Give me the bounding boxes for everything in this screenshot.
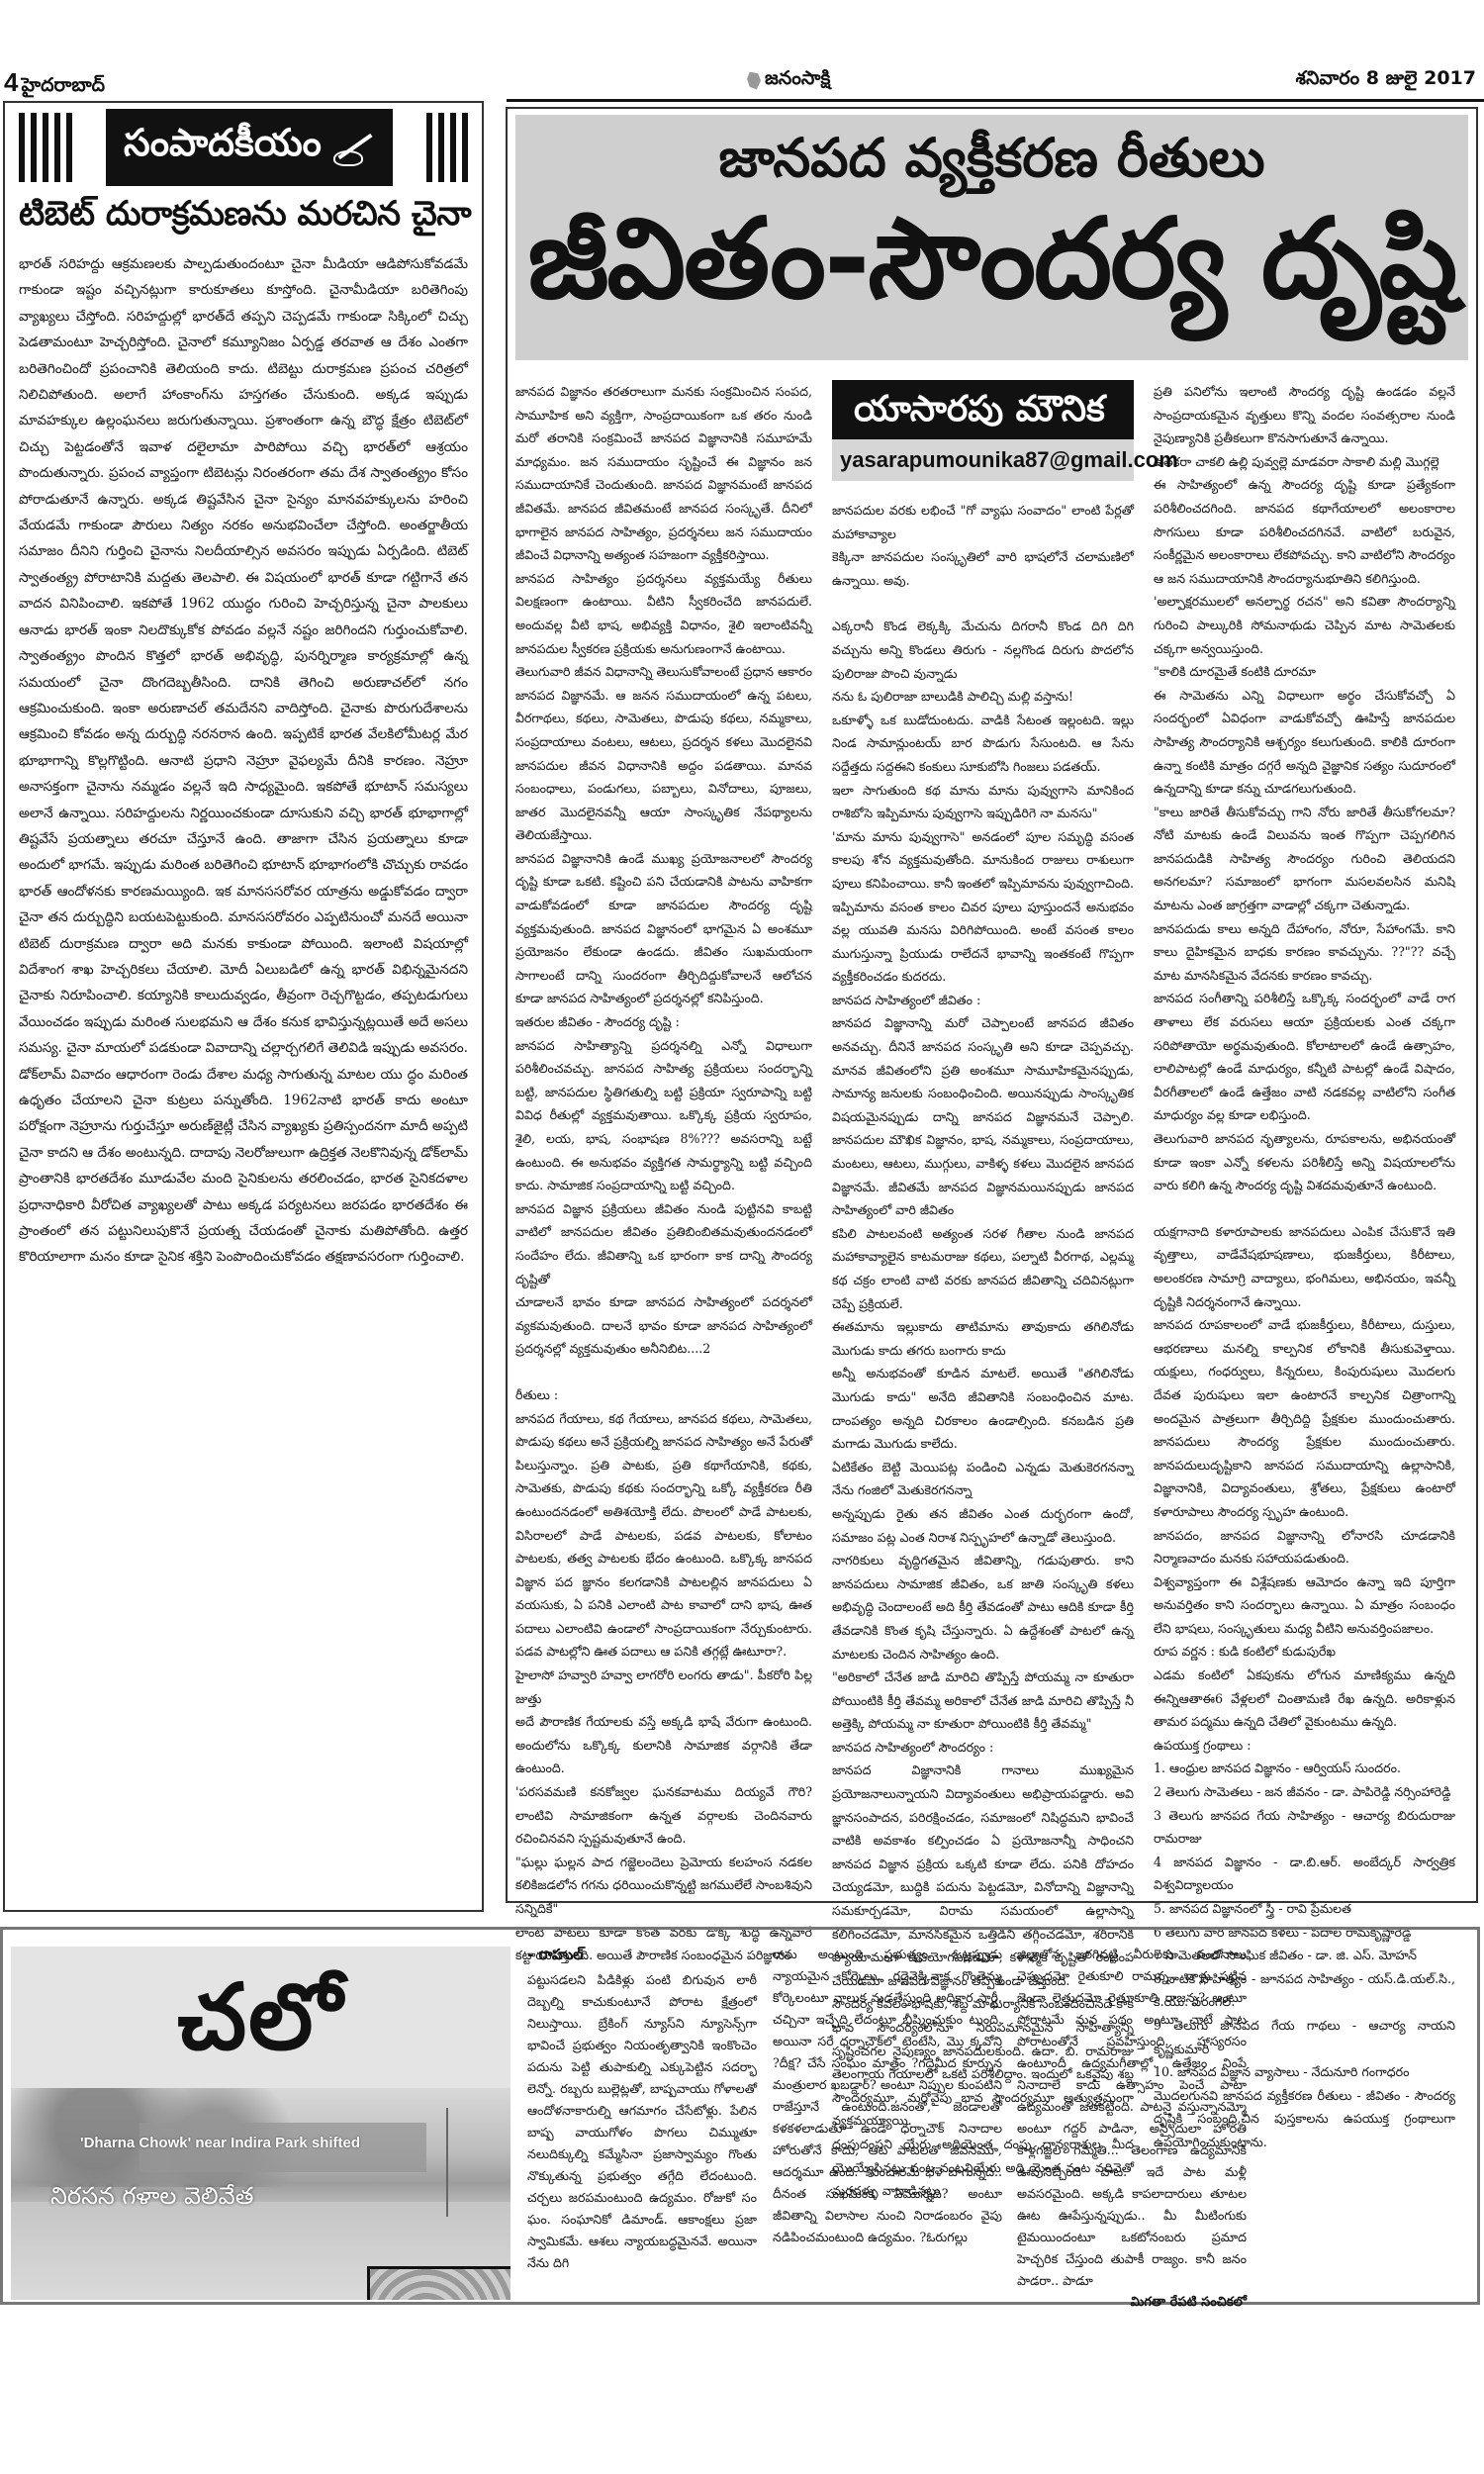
paragraph: ఇలా సాగుతుంది కథ మాను మాను పువ్వుగాసె మా… (832, 779, 1134, 825)
paragraph: 'అల్పాక్షరములలో అనల్పార్థ రచన" అని కవితా… (1154, 590, 1455, 660)
paragraph: తెలుగువారి జానపద నృత్యాలను, రూపకాలను, అభ… (1154, 1127, 1455, 1197)
paragraph: విశ్వవ్యాప్తంగా ఈ విశ్లేషణకు ఆమోదం ఉన్నా… (1154, 1570, 1455, 1641)
paragraph: యక్షగానాది కళారూపాలకు జానపదులు ఎంపిక చేస… (1154, 1220, 1455, 1313)
subheading: రీతులు : (515, 1383, 812, 1407)
paragraph: ఈ సామెతను ఎన్ని విధాలుగా అర్థం చేసుకోవచ్… (1154, 684, 1455, 801)
quote: ఈతమాను ఇల్లుకాదు తాటిమాను తావుకాదు తగిలి… (832, 1315, 1134, 1362)
paragraph: కపిలి పాటలవంటి అత్యంత సరళ గీతాల నుండి జా… (832, 1222, 1134, 1315)
street-photo: 'Dharna Chowk' near Indira Park shifted … (11, 2088, 510, 2300)
newspaper-name: జనంసాక్షి (765, 67, 830, 94)
author-email[interactable]: yasarapumounika87@gmail.com (832, 439, 1134, 481)
protest-crowd-inset-photo (367, 2266, 510, 2300)
paragraph: జానపద విజ్ఞాన ప్రక్రియలు జీవితం నుండి పు… (515, 1197, 812, 1290)
pen-writing-icon (331, 131, 375, 164)
paragraph: అన్నీ అనుభవంతో కూడిన మాటలే. అయితే "తగిలి… (832, 1362, 1134, 1455)
subheading: ఇతరుల జీవితం - సౌందర్య దృష్టి : (515, 1010, 812, 1034)
quote: హైలాసో హవ్వారి హవ్వా లాగరోరి లంగరు తాడు"… (515, 1664, 812, 1710)
paragraph: అదే పౌరాణిక గేయాలకు వస్తే అక్కడి భాషే వే… (515, 1710, 812, 1780)
paragraph: ప్రతి పనిలోను ఇలాంటి సౌందర్య దృష్టి ఉండడ… (1154, 380, 1455, 450)
bottom-column-2: రాను అంటుంది ప్రభుత్వం. ఓట్లప్పుడు న్యాయ… (773, 1944, 1002, 2248)
paragraph: ఒకూళ్ళో ఒక బుడోదుంటదు. వాడికి సేటంత ఇల్ల… (832, 709, 1134, 779)
feature-article: జానపద వ్యక్తీకరణ రీతులు జీవితం-సౌందర్య ద… (506, 107, 1478, 1903)
banner-stripes-right (426, 109, 468, 186)
subheading: జానపద సాహిత్యంలో జీవితం : (832, 989, 1134, 1012)
subheading: జానపద సాహిత్యంలో సౌందర్యం : (832, 1736, 1134, 1760)
issue-date: శనివారం 8 జులై 2017 (1296, 67, 1476, 94)
paragraph: చూడాలనే భావం కూడా జానపద సాహిత్యంలో పదర్శ… (515, 1290, 812, 1361)
paragraph: "కాలు జారితే తీసుకోవచ్చు గాని నోరు జారిత… (1154, 801, 1455, 917)
feature-headline: జీవితం-సౌందర్య దృష్టి (515, 190, 1468, 329)
paragraph: జానపద సాహిత్యాన్ని ప్రదర్శనల్ని ఎన్నో వి… (515, 1034, 812, 1197)
quote: ఉతకరా చాకలి ఉల్లి పువ్వల్లె మాడవరా సాకాల… (1154, 450, 1455, 474)
quote: నను ఓ పులిరాజా బాలుడికి పాలిచ్చి మల్లి వ… (832, 685, 1134, 709)
bottom-column-1: - రాహుల్ పట్టుసడలని పిడికిళ్లు పంటి బిగు… (527, 1944, 757, 2274)
quote: ఎక్కరానీ కొండ లెక్కక్కి మేచును దిగరానీ క… (832, 615, 1134, 685)
paragraph: జానపదం, జానపద విజ్ఞానాన్ని లోనారసి చూడడా… (1154, 1524, 1455, 1570)
paragraph: జిల్లాలోన ఒరగినట్టి వీరులకు.. వందనాలు చె… (1017, 1944, 1247, 2292)
editorial-banner: సంపాదకీయం (19, 109, 468, 186)
reference-item: 2 తెలుగు సామెతలు - జన జీవనం - డా. పాపిరె… (1154, 1780, 1455, 1804)
paragraph: జానపద విజ్ఞానానికి ఉండే ముఖ్య ప్రయోజనాలల… (515, 847, 812, 1010)
paragraph: పట్టుసడలని పిడికిళ్లు పంటి బిగువున లాఠీ … (527, 1969, 757, 2274)
photo-caption-english: 'Dharna Chowk' near Indira Park shifted (80, 2135, 360, 2151)
paragraph: కెక్కినా జానపదుల సంస్కృతిలో వారి భాషలోనే… (832, 545, 1134, 592)
reference-item: 5. జానపద విజ్ఞానంలో స్త్రీ - రావి ప్రేమల… (1154, 1897, 1455, 1921)
header-rule (507, 99, 1484, 102)
continued-note: మిగతా రేపటి సంచికలో (1017, 2292, 1247, 2314)
reference-item: 4 జానపద విజ్ఞానం - డా.బి.ఆర్. అంబేద్కర్ … (1154, 1851, 1455, 1897)
paragraph: జానపద గేయాలు, కథ గేయాలు, జానపద కథలు, సామ… (515, 1407, 812, 1665)
bottom-headline: చలో హైదరాబాద్ (11, 1947, 510, 2088)
bottom-article: చలో హైదరాబాద్ 'Dharna Chowk' near Indira… (0, 1927, 1480, 2305)
reference-item: 1. ఆంధ్రుల జానపద విజ్ఞానం - ఆర్వియస్ సుం… (1154, 1757, 1455, 1780)
paragraph: రాను అంటుంది ప్రభుత్వం. ఓట్లప్పుడు న్యాయ… (773, 1944, 1002, 2248)
page-number: 4 (4, 67, 18, 97)
paragraph: నాగరికులు వృద్ధిగతమైన జీవితాన్ని, గడుపుత… (832, 1549, 1134, 1665)
editorial-body: భారత్ సరిహద్దు ఆక్రమణలకు పాల్పడుతుందంటూ … (19, 251, 468, 1271)
bottom-author: - రాహుల్ (527, 1944, 757, 1965)
quote: "అరికాలో చేనేత జాడి మారిచి తొప్పిస్తే పో… (832, 1665, 1134, 1736)
newspaper-logo: జనంసాక్షి (747, 67, 830, 94)
paragraph: తెలుగువారి జీవన విధానాన్ని తెలుసుకోవాలంట… (515, 660, 812, 847)
banner-stripes-left (19, 109, 72, 186)
subheading: రూప వర్ణన : కుడి కంటిలో కుడుపురేఖ (1154, 1640, 1455, 1664)
paragraph: జానపద విజ్ఞానం తరతరాలుగా మనకు సంక్రమించి… (515, 380, 812, 567)
editorial-label: సంపాదకీయం (124, 121, 322, 174)
quote: "కాలికి దూరమైతే కంటికి దూరమా (1154, 660, 1455, 684)
feature-kicker: జానపద వ్యక్తీకరణ రీతులు (515, 127, 1468, 190)
masthead: 4హైదరాబాద్ జనంసాక్షి శనివారం 8 జులై 2017 (0, 59, 1484, 99)
paragraph: 'మాను మాను పువ్వుగాసె" అనడంలో పూల సమృద్ధ… (832, 825, 1134, 989)
author-name: యాసారపు మౌనిక (832, 380, 1134, 439)
quote: ఏటికేతం బెట్టి మెయిపట్ల పండించి ఎన్నడు మ… (832, 1456, 1134, 1502)
editorial-article: సంపాదకీయం టిబెట్ దురాక్రమణను మరచిన చైనా … (3, 101, 484, 1912)
quote: 'పరసవమణి కనకోజ్వల ఘనకవాటము దియ్యవే గౌరి?… (515, 1780, 812, 1851)
editorial-title: సంపాదకీయం (106, 109, 393, 186)
photo-caption-telugu: నిరసన గళాల వెలివేత (50, 2182, 253, 2216)
paragraph: ఎడమ కంటిలో ఏకపుకను లోగున మాణిక్యము ఉన్నద… (1154, 1664, 1455, 1734)
paragraph: జానపద రూపకాలంలో వాడే భుజకీర్తులు, కిరీటా… (1154, 1313, 1455, 1523)
paragraph: జానపదుల వరకు లభించే "గో వ్యాఘ సంవాదం" లా… (832, 499, 1134, 545)
paragraph: అన్నప్పుడు రైతు తన జీవితం ఎంత దుర్భరంగా … (832, 1502, 1134, 1549)
paragraph: ఈ సాహిత్యంలో ఉన్న సౌందర్య దృష్టి కూడా ప్… (1154, 473, 1455, 590)
page-label: 4హైదరాబాద్ (4, 67, 105, 101)
feature-header: జానపద వ్యక్తీకరణ రీతులు జీవితం-సౌందర్య ద… (515, 115, 1468, 360)
paragraph: జానపద సంగీతాన్ని పరిశీలిస్తే ఒక్కొక్క సం… (1154, 987, 1455, 1127)
paragraph: జానపద సాహిత్యం ప్రదర్శనలు వ్యక్తమయ్యే రీ… (515, 567, 812, 660)
subheading: ఉపయుక్త గ్రంథాలు : (1154, 1734, 1455, 1758)
section-name: హైదరాబాద్ (21, 74, 105, 96)
photo-caption-box: 'Dharna Chowk' near Indira Park shifted (139, 2123, 426, 2172)
editorial-headline: టిబెట్ దురాక్రమణను మరచిన చైనా (19, 194, 468, 241)
reference-item: 3 తెలుగు జానపద గేయ సాహిత్యం - ఆచార్య బిర… (1154, 1804, 1455, 1851)
paragraph: జానపద విజ్ఞానాన్ని మరో చెప్పాలంటే జానపద … (832, 1011, 1134, 1221)
paragraph: జానపదుడు కాలు అన్నది దేహాంగం, నోరూ, సేహా… (1154, 917, 1455, 988)
quote: "ఘల్లు ఘల్లన పాద గజ్జెలందెలు ప్రెమోయ కలహ… (515, 1851, 812, 1921)
author-byline: యాసారపు మౌనిక yasarapumounika87@gmail.co… (832, 380, 1134, 481)
photo-feature: చలో హైదరాబాద్ 'Dharna Chowk' near Indira… (11, 1947, 510, 2300)
electric-pole (446, 2108, 448, 2217)
bottom-column-3: జిల్లాలోన ఒరగినట్టి వీరులకు.. వందనాలు చె… (1017, 1944, 1247, 2314)
telangana-map-icon (747, 72, 761, 90)
